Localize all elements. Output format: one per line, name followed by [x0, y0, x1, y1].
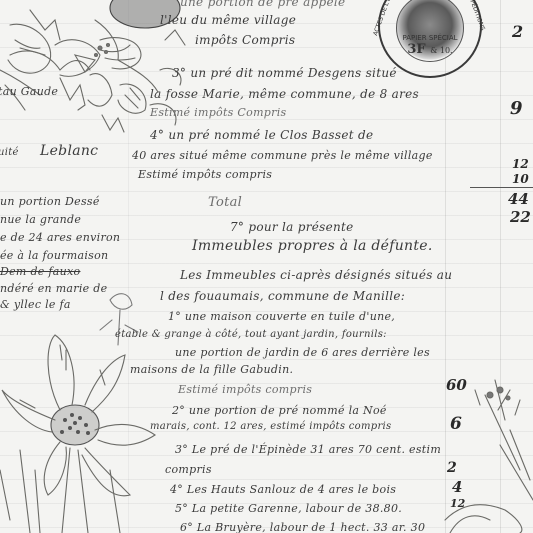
margin-text: uité [0, 147, 19, 158]
stamp-label: PAPIER SPÉCIAL [380, 34, 480, 42]
body-line: impôts Compris [195, 33, 295, 47]
document-page: PAPIER SPÉCIAL 3F & 10. ACTES DE L'ÉTAT … [0, 0, 533, 533]
stamp-value: 3F & 10. [380, 42, 480, 57]
body-line: Les Immeubles ci-après désignés situés a… [180, 268, 452, 282]
amount: 2 [512, 22, 523, 41]
body-line: 40 ares situé même commune près le même … [132, 149, 433, 162]
amount: 6 [450, 414, 462, 434]
amount: 10 [512, 172, 529, 186]
margin-text: Leblanc [40, 143, 98, 159]
amount: 12 [450, 497, 465, 510]
amount: 22 [510, 208, 531, 226]
body-line: maisons de la fille Gabudin. [130, 363, 293, 376]
amount: 60 [446, 376, 467, 394]
margin-text: ée à la fourmaison [0, 249, 108, 262]
body-line: une portion de jardin de 6 ares derrière… [175, 346, 430, 359]
amount: 9 [510, 98, 523, 119]
amount: 44 [508, 190, 529, 208]
body-line: l des fouaumais, commune de Manille: [160, 289, 405, 303]
body-line: marais, cont. 12 ares, estimé impôts com… [150, 421, 391, 432]
body-line: une portion de pré appelé [180, 0, 345, 9]
body-line: 5° La petite Garenne, labour de 38.80. [175, 502, 402, 515]
margin-text: tau Gaude [0, 85, 58, 98]
body-line: 1° une maison couverte en tuile d'une, [168, 310, 395, 323]
body-line: Estimé impôts compris [138, 168, 272, 181]
body-line: compris [165, 463, 212, 476]
body-line: étable & grange à côté, tout ayant jardi… [115, 329, 387, 340]
stamp-value-main: 3F [407, 42, 425, 57]
body-line: Estimé impôts Compris [150, 106, 286, 119]
body-line: 3° Le pré de l'Épinède 31 ares 70 cent. … [175, 443, 441, 456]
body-line: 3° un pré dit nommé Desgens situé [172, 66, 397, 80]
total-label: Total [208, 195, 242, 210]
margin-text: & yllec le fa [0, 298, 71, 311]
margin-text: e de 24 ares environ [0, 231, 120, 244]
stamp-value-sub: & 10. [430, 46, 452, 55]
body-line: 2° une portion de pré nommé la Noé [172, 404, 387, 417]
grass-stem-sketch-icon [445, 380, 533, 533]
sum-line [470, 187, 533, 188]
body-line: la fosse Marie, même commune, de 8 ares [150, 87, 419, 101]
body-line: 7° pour la présente [230, 220, 354, 234]
margin-text: nue la grande [0, 213, 81, 226]
body-line: 6° La Bruyère, labour de 1 hect. 33 ar. … [180, 521, 425, 533]
body-line: Estimé impôts compris [178, 383, 312, 396]
margin-text: ndéré en marie de [0, 282, 107, 295]
amount: 2 [447, 460, 457, 476]
section-heading: Immeubles propres à la défunte. [192, 238, 433, 254]
body-line: l'leu du même village [160, 13, 296, 27]
margin-text: Dem de fauxo [0, 265, 80, 278]
body-line: 4° un pré nommé le Clos Basset de [150, 128, 373, 142]
amount: 12 [512, 157, 529, 171]
margin-text: un portion Dessé [0, 195, 100, 208]
body-line: 4° Les Hauts Sanlouz de 4 ares le bois [170, 483, 396, 496]
amount: 4 [452, 478, 462, 496]
